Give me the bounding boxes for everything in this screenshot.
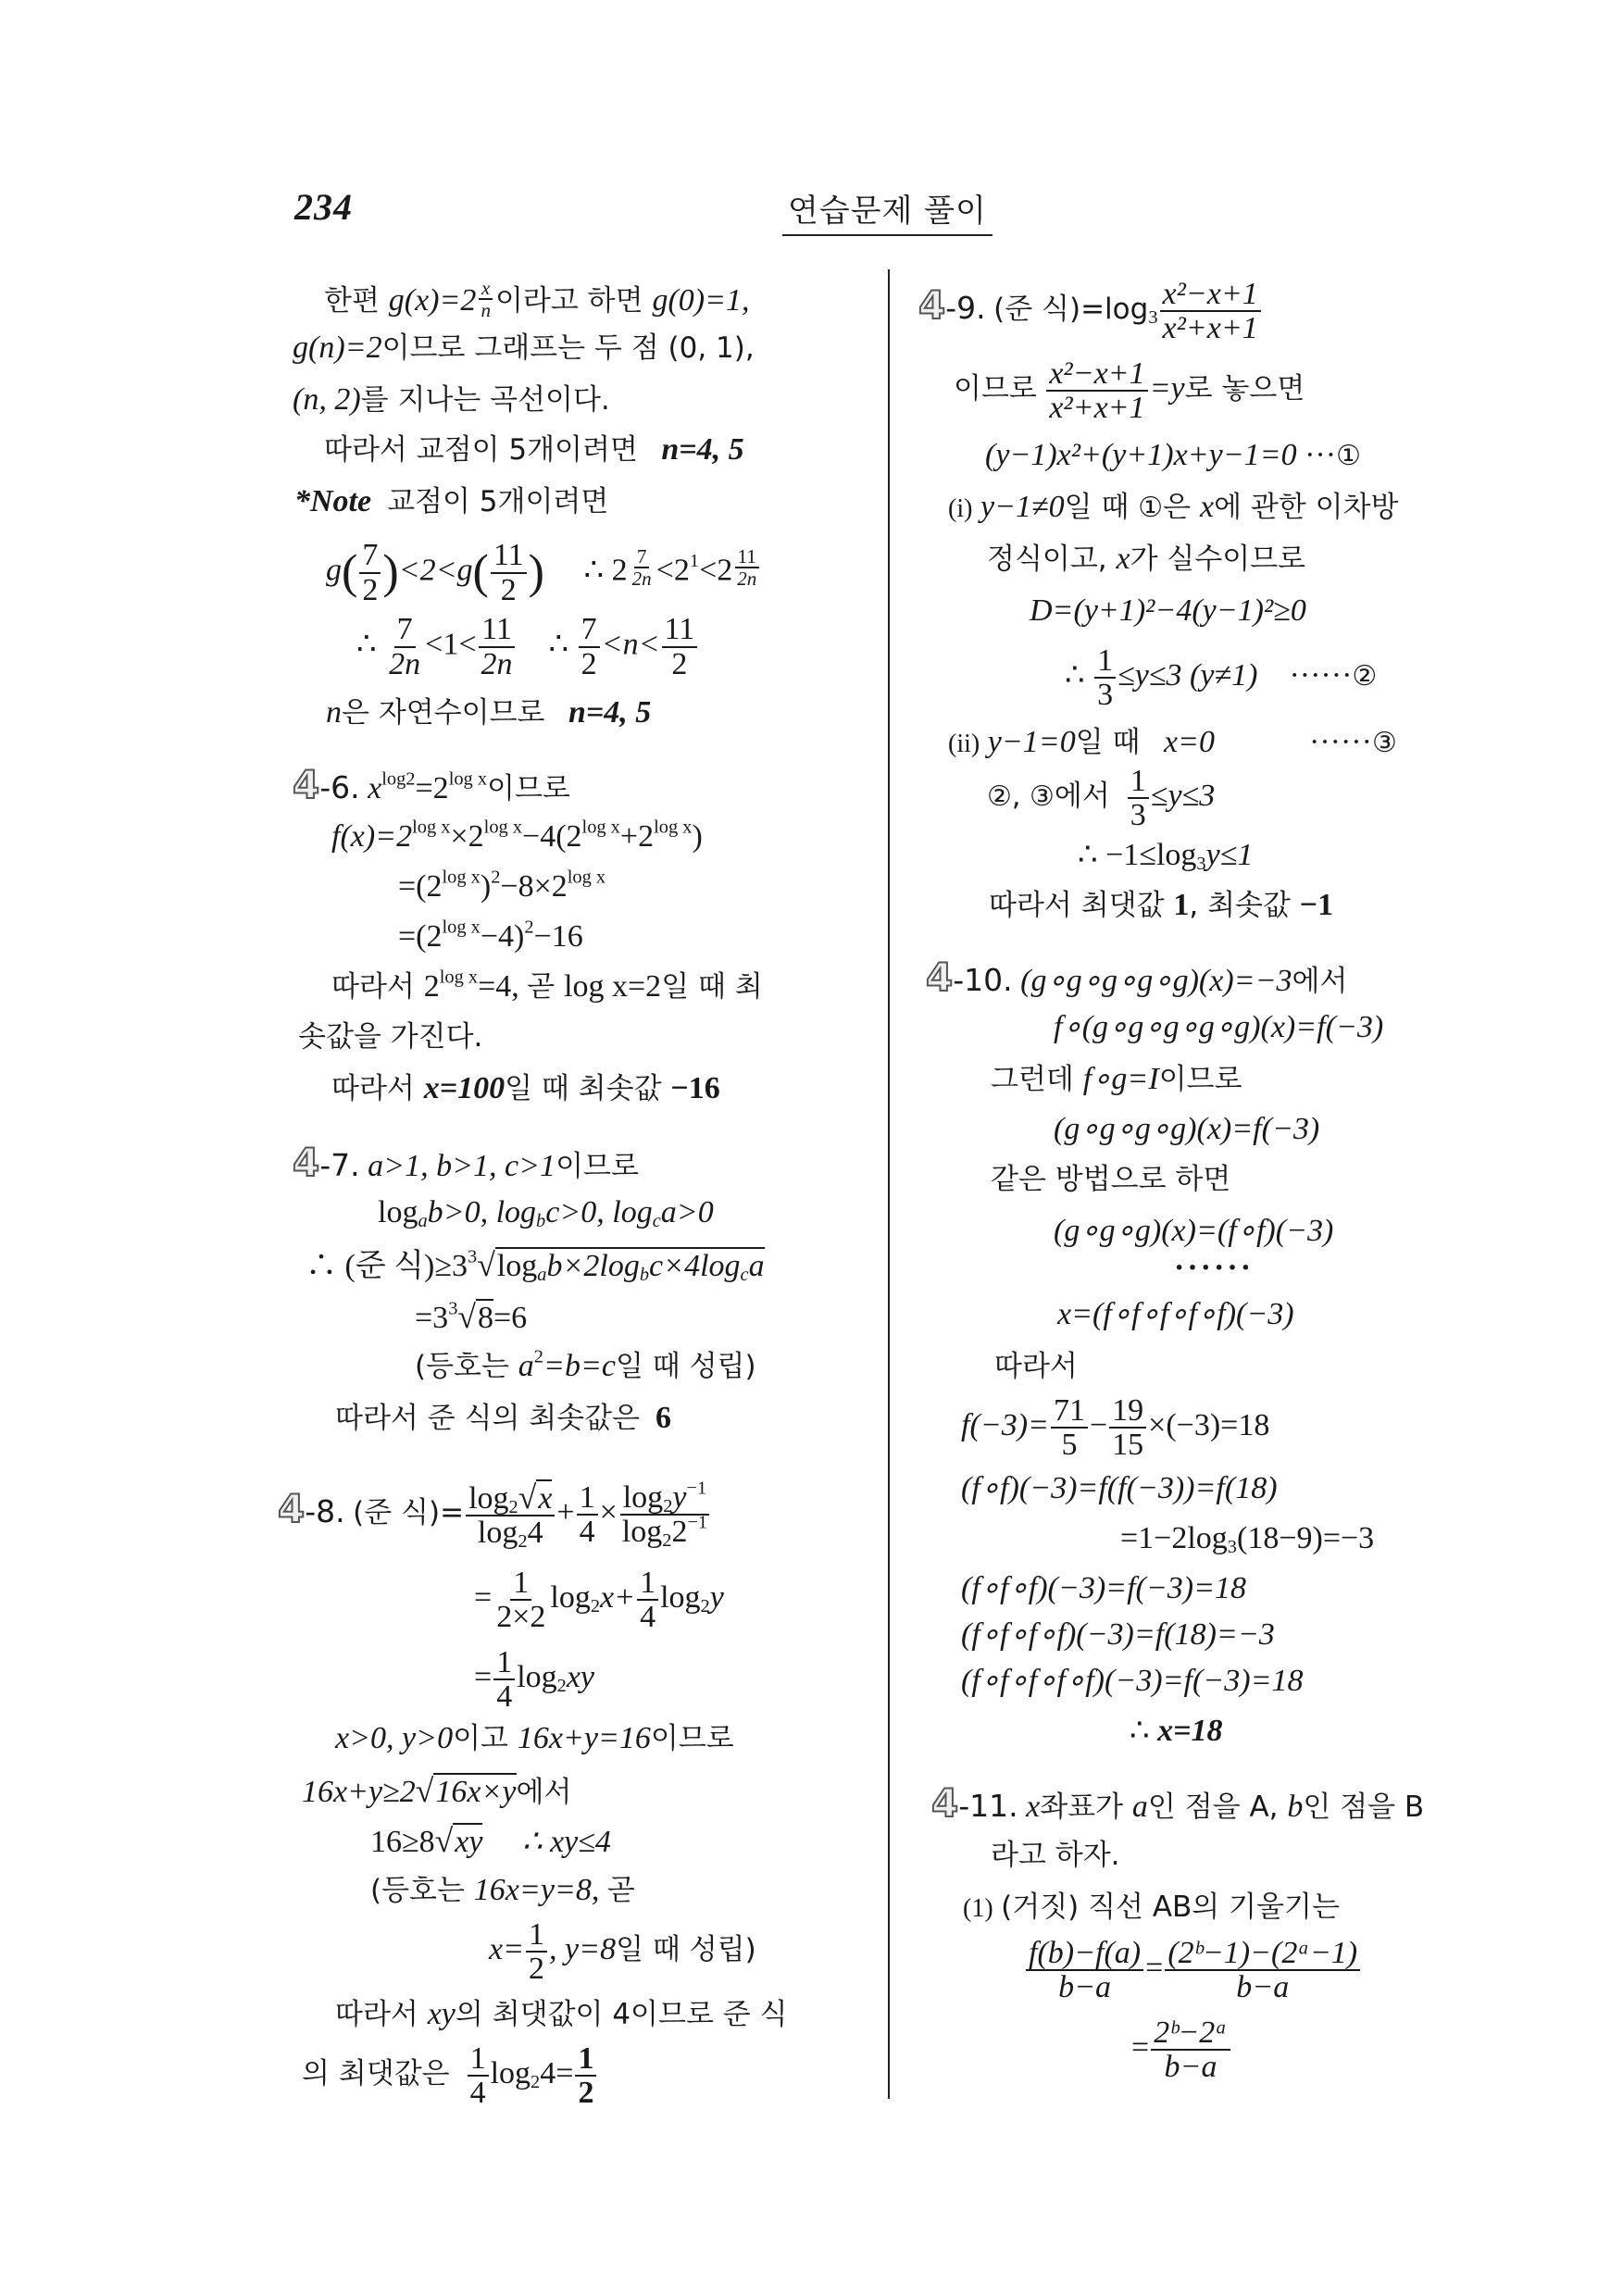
page-number: 234 [294, 185, 353, 229]
problem-number-4-10: 4-10. [926, 962, 1013, 998]
problem-4-10-line-5: 같은 방법으로 하면 [991, 1161, 1230, 1198]
problem-4-6-line-5: 따라서 2log x=4, 곧 log x=2일 때 최 [331, 968, 763, 1005]
problem-4-10-line-4: (g∘g∘g∘g)(x)=f(−3) [1054, 1111, 1319, 1148]
problem-4-9-conclusion: 따라서 최댓값 1, 최솟값 −1 [989, 887, 1333, 924]
problem-4-10-ellipsis: ······ [1174, 1250, 1254, 1287]
problem-4-9-line-7: ∴ 13≤y≤3 (y≠1) ······② [1065, 639, 1377, 714]
problem-4-7-conclusion: 따라서 준 식의 최솟값은 6 [335, 1400, 671, 1437]
problem-4-7-header: 4-7. a>1, b>1, c>1이므로 [293, 1144, 639, 1185]
intro-line-3: (n, 2)를 지나는 곡선이다. [293, 381, 610, 418]
note-line-1: g(72)<2<g(112) ∴ 272n<21<2112n [326, 539, 761, 606]
problem-4-8-line-7: (등호는 16x=y=8, 곧 [370, 1872, 635, 1909]
problem-4-8-conclusion: 의 최댓값은 14log24=12 [302, 2037, 598, 2111]
problem-number-4-6: 4-6. [293, 769, 360, 805]
problem-4-9-header: 4-9. (준 식)=log3x²−x+1x²+x+1 [918, 268, 1263, 346]
problem-4-7-line-2: logab>0, logbc>0, logca>0 [378, 1194, 714, 1231]
intro-line-1: 한편 g(x)=2xn이라고 하면 g(0)=1, [324, 278, 750, 320]
problem-4-10-line-3: 그런데 f∘g=I이므로 [991, 1061, 1242, 1098]
exponent-fraction: xn [478, 278, 493, 320]
problem-4-6-line-3: =(2log x)2−8×2log x [398, 868, 606, 905]
problem-4-9-line-5: 정식이고, x가 실수이므로 [987, 541, 1305, 578]
problem-4-10-header: 4-10. (g∘g∘g∘g∘g)(x)=−3에서 [926, 959, 1347, 1000]
problem-4-6-line-6: 솟값을 가진다. [298, 1018, 482, 1055]
note-line-2: ∴ 72n<1<112n ∴ 72<n<112 [356, 613, 699, 680]
problem-number-4-8: 4-8. [278, 1493, 345, 1529]
problem-4-10-line-2: f∘(g∘g∘g∘g∘g)(x)=f(−3) [1054, 1009, 1383, 1046]
problem-4-9-line-10: ∴ −1≤log3y≤1 [1078, 837, 1253, 874]
problem-number-4-7: 4-7. [293, 1147, 360, 1183]
note-label: *Note [294, 484, 371, 518]
problem-4-7-line-3: ∴ (준 식)≥33√logab×2logbc×4logca [306, 1246, 765, 1285]
problem-4-9-case-ii: (ii) y−1=0일 때 x=0 ······③ [948, 724, 1397, 763]
problem-4-6-line-4: =(2log x−4)2−16 [398, 918, 583, 955]
problem-4-6-header: 4-6. xlog2=2log x이므로 [293, 767, 570, 807]
problem-4-8-line-3: =14log2xy [474, 1641, 594, 1715]
problem-4-11-header: 4-11. x좌표가 a인 점을 A, b인 점을 B [931, 1785, 1424, 1826]
problem-4-6-conclusion: 따라서 x=100일 때 최솟값 −16 [331, 1070, 720, 1107]
problem-4-10-line-12: =1−2log3(18−9)=−3 [1120, 1520, 1374, 1557]
problem-4-8-line-9: 따라서 xy의 최댓값이 4이므로 준 식 [335, 1996, 788, 2033]
problem-4-7-line-4: =33√8=6 [415, 1298, 527, 1337]
problem-4-11-slope-simplified: =2ᵇ−2ᵃb−a [1131, 2011, 1232, 2085]
problem-4-10-line-10: f(−3)=715−1915×(−3)=18 [961, 1389, 1269, 1463]
note-line-3: n은 자연수이므로 n=4, 5 [326, 694, 651, 731]
problem-4-7-line-5: (등호는 a2=b=c일 때 성립) [415, 1348, 756, 1385]
problem-4-8-line-4: x>0, y>0이고 16x+y=16이므로 [335, 1720, 734, 1757]
problem-4-11-slope-formula: f(b)−f(a)b−a=(2ᵇ−1)−(2ᵃ−1)b−a [1024, 1931, 1362, 2005]
problem-4-10-line-6: (g∘g∘g)(x)=(f∘f)(−3) [1054, 1213, 1333, 1250]
note-heading: *Note 교점이 5개이려면 [294, 483, 608, 520]
problem-4-10-line-13: (f∘f∘f)(−3)=f(−3)=18 [961, 1570, 1246, 1607]
problem-4-10-line-9: 따라서 [994, 1348, 1078, 1385]
problem-4-10-line-15: (f∘f∘f∘f∘f)(−3)=f(−3)=18 [961, 1663, 1304, 1700]
problem-4-9-discriminant: D=(y+1)²−4(y−1)²≥0 [1030, 593, 1306, 630]
problem-number-4-11: 4-11. [931, 1788, 1018, 1824]
problem-4-9-line-3: (y−1)x²+(y+1)x+y−1=0 ···① [985, 437, 1361, 475]
problem-4-8-line-2: =12×2log2x+14log2y [474, 1561, 724, 1635]
intro-line-2: g(n)=2이므로 그래프는 두 점 (0, 1), [293, 330, 755, 367]
problem-4-9-line-2: 이므로 x²−x+1x²+x+1=y로 놓으면 [954, 352, 1305, 426]
running-title: 연습문제 풀이 [782, 185, 993, 236]
intro-line-4: 따라서 교점이 5개이려면 n=4, 5 [324, 431, 744, 468]
problem-4-8-line-6: 16≥8√xy ∴ xy≤4 [370, 1822, 611, 1861]
problem-4-8-line-5: 16x+y≥2√16x×y에서 [302, 1772, 571, 1811]
problem-4-9-case-i: (i) y−1≠0일 때 ①은 x에 관한 이차방 [948, 489, 1398, 528]
problem-4-11-part-1: (1) (거짓) 직선 AB의 기울기는 [963, 1889, 1340, 1928]
problem-4-10-line-14: (f∘f∘f∘f)(−3)=f(18)=−3 [961, 1616, 1275, 1653]
problem-4-8-line-8: x=12, y=8일 때 성립) [489, 1913, 756, 1987]
problem-4-8-header: 4-8. (준 식)=log2√xlog24+14×log2y−1log22−1 [278, 1472, 712, 1550]
problem-number-4-9: 4-9. [918, 290, 986, 326]
column-divider [888, 269, 890, 2099]
problem-4-10-line-11: (f∘f)(−3)=f(f(−3))=f(18) [961, 1470, 1278, 1507]
problem-4-10-line-8: x=(f∘f∘f∘f∘f)(−3) [1057, 1296, 1294, 1333]
problem-4-11-line-2: 라고 하자. [991, 1837, 1120, 1874]
problem-4-6-line-2: f(x)=2log x×2log x−4(2log x+2log x) [331, 818, 703, 855]
problem-4-9-line-9: ②, ③에서 13≤y≤3 [987, 759, 1215, 834]
problem-4-10-conclusion: ∴ x=18 [1130, 1713, 1223, 1750]
